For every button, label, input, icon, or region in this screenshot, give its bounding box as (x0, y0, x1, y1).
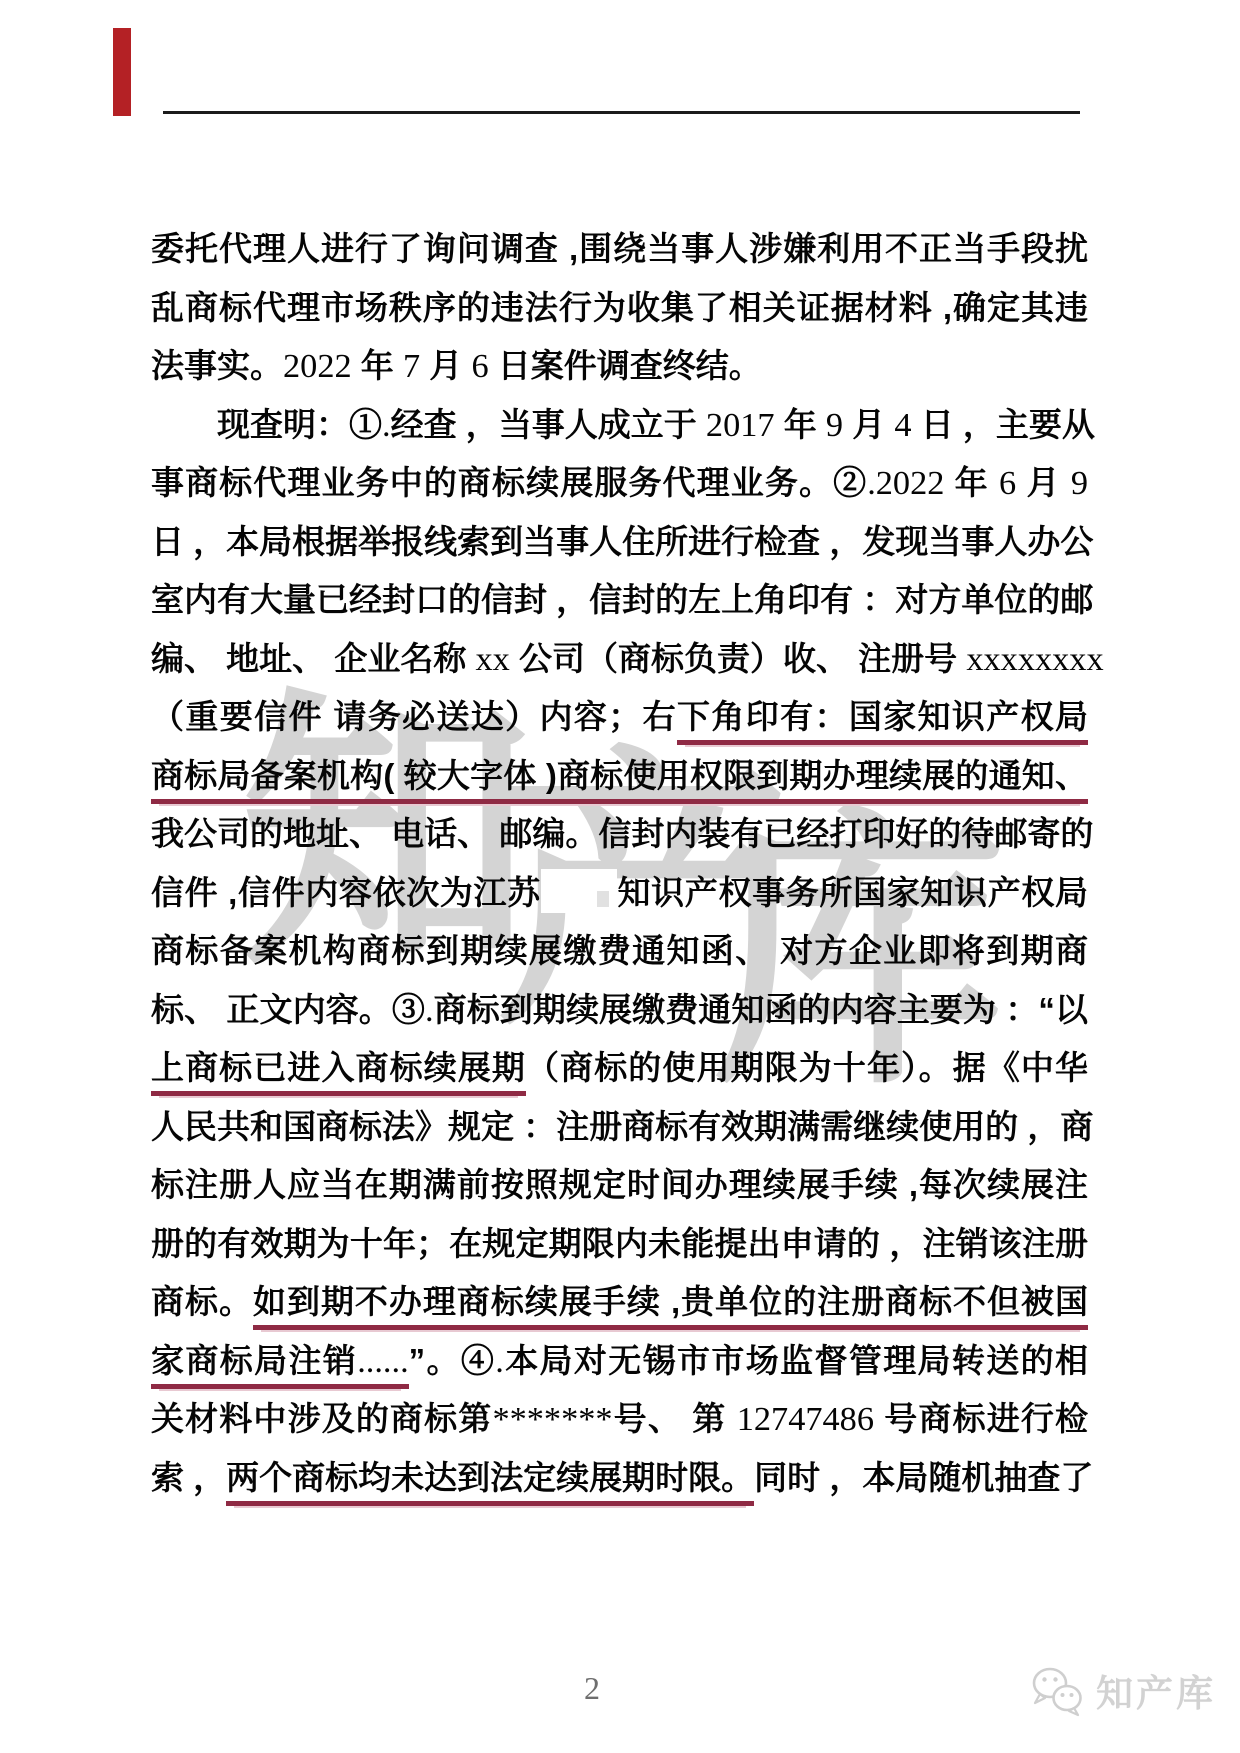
text-line: 事商标代理业务中的商标续展服务代理业务。②.2022 年 6 月 9 (151, 454, 1088, 513)
text-line: 上商标已进入商标续展期（商标的使用期限为十年）。据《中华 (151, 1039, 1088, 1098)
text-line: 人民共和国商标法》规定 ：注册商标有效期满需继续使用的 ，商 (151, 1098, 1088, 1157)
text-line: 信件 ,信件内容依次为江苏知识产权事务所国家知识产权局 (151, 864, 1088, 923)
footer-brand: 知产库 (1028, 1666, 1216, 1720)
text-line: 标注册人应当在期满前按照规定时间办理续展手续 ,每次续展注 (151, 1156, 1088, 1215)
document-page: { "decor": { "red_bar_color": "#b42125",… (0, 0, 1240, 1753)
brand-red-bar (113, 28, 131, 116)
text-line: 法事实。2022 年 7 月 6 日案件调查终结。 (151, 337, 1088, 396)
text-line: 关材料中涉及的商标第*******号、 第 12747486 号商标进行检 (151, 1390, 1088, 1449)
text-line: 索 ，两个商标均未达到法定续展期时限。同时 ，本局随机抽查了 (151, 1449, 1088, 1508)
text-line: 编、 地址、 企业名称 xx 公司（商标负责）收、 注册号 xxxxxxxx (151, 630, 1088, 689)
text-line: 室内有大量已经封口的信封 ，信封的左上角印有 ：对方单位的邮 (151, 571, 1088, 630)
brand-text: 知产库 (1096, 1675, 1216, 1712)
text-line: 标、 正文内容。③.商标到期续展缴费通知函的内容主要为 ：“以 (151, 981, 1088, 1040)
redaction-box (541, 869, 617, 913)
text-line: 商标局备案机构( 较大字体 )商标使用权限到期办理续展的通知、 (151, 747, 1088, 806)
text-line: 日 ，本局根据举报线索到当事人住所进行检查 ，发现当事人办公 (151, 513, 1088, 572)
text-line: 家商标局注销......”。④.本局对无锡市市场监督管理局转送的相 (151, 1332, 1088, 1391)
text-line: 现查明：①.经查 ，当事人成立于 2017 年 9 月 4 日 ，主要从 (151, 396, 1088, 455)
text-line: 乱商标代理市场秩序的违法行为收集了相关证据材料 ,确定其违 (151, 279, 1088, 338)
page-number: 2 (576, 1670, 608, 1707)
text-line: （重要信件 请务必送达）内容；右下角印有：国家知识产权局 (151, 688, 1088, 747)
text-line: 我公司的地址、 电话、 邮编。信封内装有已经打印好的待邮寄的 (151, 805, 1088, 864)
document-body: 委托代理人进行了询问调查 ,围绕当事人涉嫌利用不正当手段扰乱商标代理市场秩序的违… (151, 220, 1088, 1507)
wechat-bubbles-icon (1028, 1665, 1086, 1722)
text-line: 委托代理人进行了询问调查 ,围绕当事人涉嫌利用不正当手段扰 (151, 220, 1088, 279)
text-line: 商标。如到期不办理商标续展手续 ,贵单位的注册商标不但被国 (151, 1273, 1088, 1332)
text-line: 册的有效期为十年；在规定期限内未能提出申请的 ，注销该注册 (151, 1215, 1088, 1274)
text-line: 商标备案机构商标到期续展缴费通知函、 对方企业即将到期商 (151, 922, 1088, 981)
header-rule (163, 111, 1080, 114)
